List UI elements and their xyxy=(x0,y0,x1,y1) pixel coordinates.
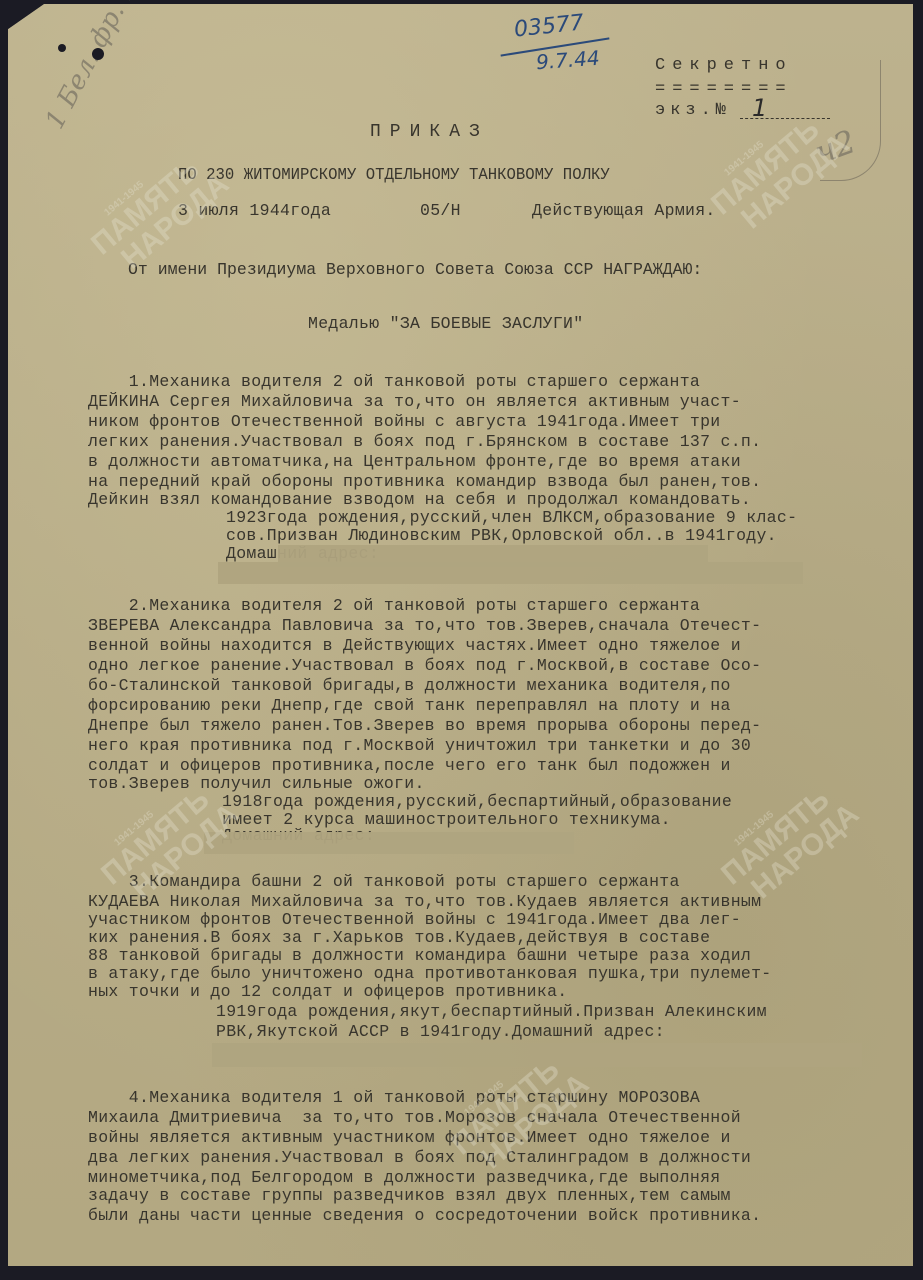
entry-line: одно легкое ранение.Участвовал в боях по… xyxy=(88,656,761,675)
copy-number-label: экз.№ xyxy=(655,101,731,120)
redacted-address xyxy=(204,832,574,854)
entry-line: 88 танковой бригады в должности командир… xyxy=(88,946,751,965)
entry-line: на передний край обороны противника кома… xyxy=(88,472,761,491)
entry-line: Днепре был тяжело ранен.Тов.Зверев во вр… xyxy=(88,716,761,735)
entry-line: 4.Механика водителя 1 ой танковой роты с… xyxy=(88,1088,700,1107)
entry-line: венной войны находится в Действующих час… xyxy=(88,636,741,655)
entry-line: ких ранения.В боях за г.Харьков тов.Куда… xyxy=(88,928,710,947)
entry-line: ДЕЙКИНА Сергея Михайловича за то,что он … xyxy=(88,392,741,411)
entry-line: задачу в составе группы разведчиков взял… xyxy=(88,1186,731,1205)
order-place: Действующая Армия. xyxy=(532,201,716,220)
classification-label: Секретно xyxy=(655,56,793,75)
entry-line: участником фронтов Отечественной войны с… xyxy=(88,910,741,929)
award-name: Медалью "ЗА БОЕВЫЕ ЗАСЛУГИ" xyxy=(308,314,583,333)
entry-line: Дейкин взял командование взводом на себя… xyxy=(88,490,751,509)
entry-line: были даны части ценные сведения о сосред… xyxy=(88,1206,761,1225)
handwritten-reg-date: 9.7.44 xyxy=(535,46,600,74)
punch-hole xyxy=(58,44,66,52)
preamble: От имени Президиума Верховного Совета Со… xyxy=(128,260,702,279)
entry-line: него края противника под г.Москвой уничт… xyxy=(88,736,751,755)
entry-line: 2.Механика водителя 2 ой танковой роты с… xyxy=(88,596,700,615)
entry-line: минометчика,под Белгородом в должности р… xyxy=(88,1168,721,1187)
order-title: ПРИКАЗ xyxy=(370,122,489,142)
copy-number-value: 1 xyxy=(752,94,767,122)
entry-line: 1.Механика водителя 2 ой танковой роты с… xyxy=(88,372,700,391)
entry-line: Михаила Дмитриевича за то,что тов.Морозо… xyxy=(88,1108,741,1127)
entry-line: в должности автоматчика,на Центральном ф… xyxy=(88,452,741,471)
bio-line: 1919года рождения,якут,беспартийный.Приз… xyxy=(216,1002,767,1021)
entry-line: ных точки и до 12 солдат и офицеров прот… xyxy=(88,982,567,1001)
punch-hole xyxy=(92,48,104,60)
entry-line: КУДАЕВА Николая Михайловича за то,что то… xyxy=(88,892,761,911)
bio-line: сов.Призван Людиновским РВК,Орловской об… xyxy=(226,526,777,545)
order-subtitle: по 230 житомирскому отдельному танковому… xyxy=(178,166,610,185)
entry-line: тов.Зверев получил сильные ожоги. xyxy=(88,774,425,793)
entry-line: форсированию реки Днепр,где свой танк пе… xyxy=(88,696,731,715)
entry-line: два легких ранения.Участвовал в боях под… xyxy=(88,1148,751,1167)
classification-underline: ======== xyxy=(655,80,793,99)
redacted-address xyxy=(218,562,803,584)
bio-line: 1918года рождения,русский,беспартийный,о… xyxy=(222,792,732,811)
entry-line: легких ранения.Участвовал в боях под г.Б… xyxy=(88,432,761,451)
entry-line: бо-Сталинской танковой бригады,в должнос… xyxy=(88,676,731,695)
bio-line: 1923года рождения,русский,член ВЛКСМ,обр… xyxy=(226,508,797,527)
order-number: 05/Н xyxy=(420,201,461,220)
entry-line: войны является активным участником фронт… xyxy=(88,1128,731,1147)
entry-line: солдат и офицеров противника,после чего … xyxy=(88,756,731,775)
entry-line: в атаку,где было уничтожено одна противо… xyxy=(88,964,772,983)
entry-line: ником фронтов Отечественной войны с авгу… xyxy=(88,412,721,431)
entry-line: ЗВЕРЕВА Александра Павловича за то,что т… xyxy=(88,616,761,635)
bio-line: РВК,Якутской АССР в 1941году.Домашний ад… xyxy=(216,1022,665,1041)
